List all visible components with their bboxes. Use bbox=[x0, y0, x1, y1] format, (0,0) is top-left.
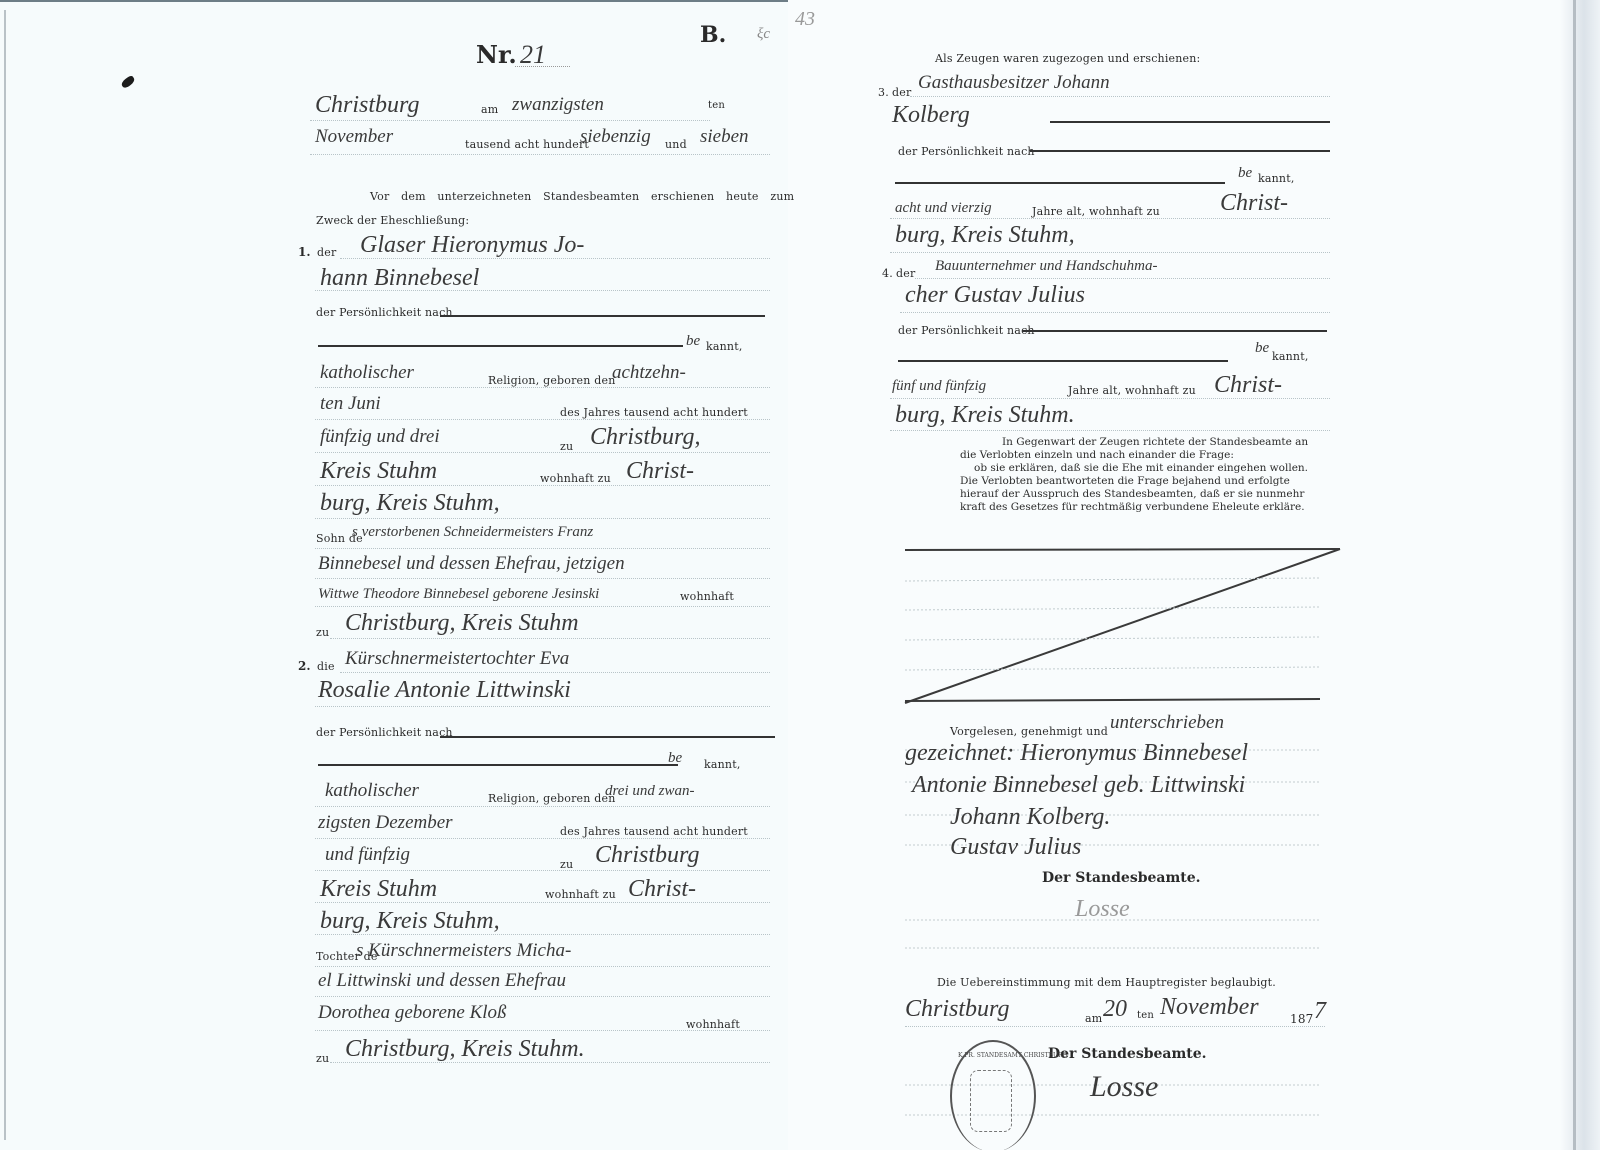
signature-witness4: Gustav Julius bbox=[950, 834, 1081, 861]
ten-label: ten bbox=[1137, 1010, 1154, 1021]
official-title-2: Der Standesbeamte. bbox=[1048, 1046, 1207, 1062]
cert-year-hand: 7 bbox=[1314, 998, 1326, 1025]
signature-bride: Antonie Binnebesel geb. Littwinski bbox=[912, 772, 1245, 799]
cert-place: Christburg bbox=[905, 996, 1009, 1023]
cancel-z-stroke bbox=[0, 0, 1600, 1150]
cert-day: 20 bbox=[1103, 996, 1127, 1023]
seal-eagle-icon bbox=[970, 1070, 1012, 1132]
official-signature: Losse bbox=[1075, 896, 1130, 923]
ruled-line bbox=[905, 1026, 1325, 1027]
cert-month: November bbox=[1160, 994, 1259, 1021]
seal-text: K.PR. STANDESAMT CHRISTBURG bbox=[958, 1052, 1067, 1059]
official-title: Der Standesbeamte. bbox=[1042, 870, 1201, 886]
signature-witness3: Johann Kolberg. bbox=[950, 804, 1110, 831]
am-label: am bbox=[1085, 1012, 1102, 1025]
official-signature-2: Losse bbox=[1090, 1070, 1158, 1104]
approval-label: Vorgelesen, genehmigt und bbox=[950, 725, 1108, 738]
signature-groom: gezeichnet: Hieronymus Binnebesel bbox=[905, 740, 1248, 767]
certification-text: Die Uebereinstimmung mit dem Hauptregist… bbox=[937, 976, 1276, 989]
cert-year-printed: 187 bbox=[1290, 1012, 1314, 1026]
approval-handwritten: unterschrieben bbox=[1110, 712, 1224, 734]
